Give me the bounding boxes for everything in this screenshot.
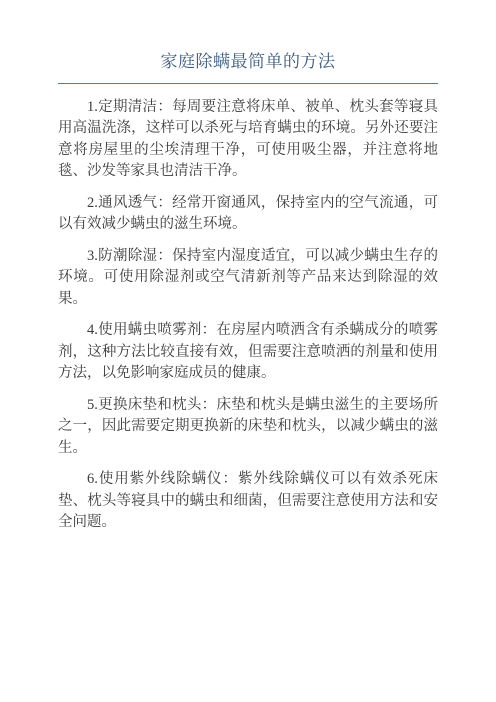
body-paragraph-2: 2.通风透气：经常开窗通风，保持室内的空气流通，可以有效减少螨虫的滋生环境。 <box>58 193 438 236</box>
document-content: 家庭除螨最简单的方法 1.定期清洁：每周要注意将床单、被单、枕头套等寝具用高温洗… <box>0 0 496 534</box>
title-divider-rule <box>58 83 438 84</box>
document-title: 家庭除螨最简单的方法 <box>58 50 438 83</box>
document-body: 1.定期清洁：每周要注意将床单、被单、枕头套等寝具用高温洗涤，这样可以杀死与培育… <box>58 97 438 534</box>
body-paragraph-6: 6.使用紫外线除螨仪：紫外线除螨仪可以有效杀死床垫、枕头等寝具中的螨虫和细菌，但… <box>58 469 438 534</box>
document-page: 家庭除螨最简单的方法 1.定期清洁：每周要注意将床单、被单、枕头套等寝具用高温洗… <box>0 0 496 702</box>
body-paragraph-4: 4.使用螨虫喷雾剂：在房屋内喷洒含有杀螨成分的喷雾剂，这种方法比较直接有效，但需… <box>58 320 438 385</box>
body-paragraph-3: 3.防潮除湿：保持室内湿度适宜，可以减少螨虫生存的环境。可使用除湿剂或空气清新剂… <box>58 246 438 311</box>
body-paragraph-5: 5.更换床垫和枕头：床垫和枕头是螨虫滋生的主要场所之一，因此需要定期更换新的床垫… <box>58 395 438 460</box>
body-paragraph-1: 1.定期清洁：每周要注意将床单、被单、枕头套等寝具用高温洗涤，这样可以杀死与培育… <box>58 97 438 183</box>
